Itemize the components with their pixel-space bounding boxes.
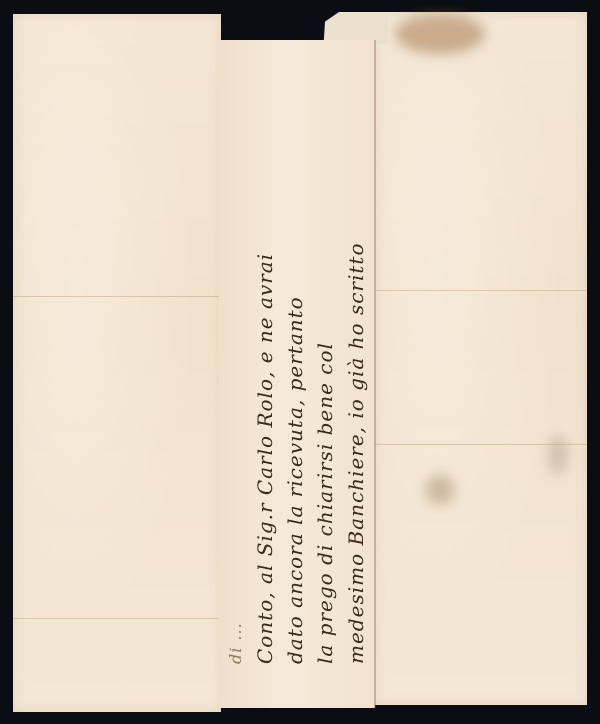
right-letter-panel	[374, 12, 587, 705]
handwriting-area: di ... Conto, al Sig.r Carlo Rolo, e ne …	[219, 40, 375, 708]
ink-spot	[425, 475, 455, 505]
fold-line	[374, 290, 587, 291]
fold-line	[13, 296, 221, 297]
handwriting-lines: di ... Conto, al Sig.r Carlo Rolo, e ne …	[219, 74, 375, 674]
fold-line	[13, 618, 221, 619]
handwriting-line: dato ancora la ricevuta, pertanto	[285, 74, 305, 664]
left-letter-panel	[13, 14, 221, 712]
handwriting-line: medesimo Banchiere, io già ho scritto	[346, 74, 366, 664]
handwriting-line: di ...	[228, 74, 244, 664]
handwriting-line: la prego di chiarirsi bene col	[315, 74, 335, 664]
water-stain	[395, 14, 485, 54]
ink-spot	[548, 435, 568, 475]
handwriting-line: Conto, al Sig.r Carlo Rolo, e ne avrai	[255, 74, 275, 664]
